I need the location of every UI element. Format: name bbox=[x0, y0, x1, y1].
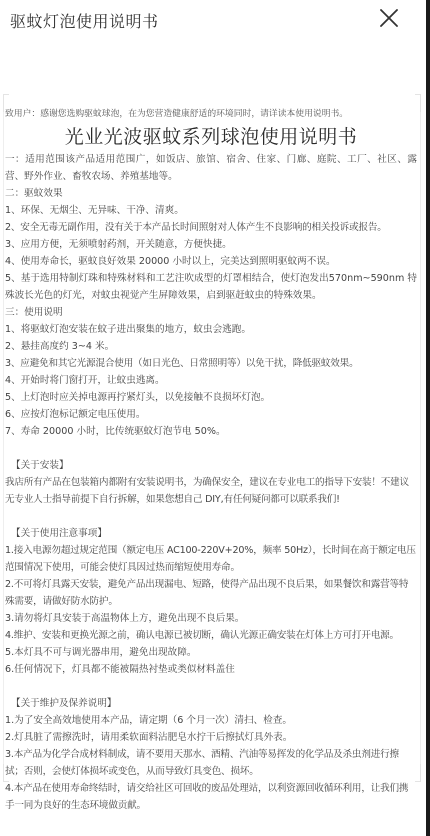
effect-item: 1、环保、无烟尘、无异味、干净、清爽。 bbox=[5, 202, 417, 219]
manual-document: 致用户：感谢您选购驱蚊球泡，在为您营造健康舒适的环境同时，请详读本使用说明书。 … bbox=[3, 100, 421, 776]
usage-item: 7、寿命 20000 小时，比传统驱蚊灯泡节电 50%。 bbox=[5, 423, 417, 440]
intro-text: 致用户：感谢您选购驱蚊球泡，在为您营造健康舒适的环境同时，请详读本使用说明书。 bbox=[5, 106, 417, 122]
note-item: 4.维护、安装和更换光源之前，确认电源已被切断，确认光源正确安装在灯体上方可打开… bbox=[5, 627, 417, 644]
frame-corner bbox=[3, 764, 9, 782]
effect-item: 3、应用方便，无须喷射药剂，开关随意，方便快捷。 bbox=[5, 236, 417, 253]
usage-item: 2、悬挂高度约 3~4 米。 bbox=[5, 338, 417, 355]
usage-heading: 三：使用说明 bbox=[5, 304, 417, 321]
close-button[interactable] bbox=[378, 7, 404, 33]
spacer bbox=[5, 678, 417, 695]
manual-modal: 驱蚊灯泡使用说明书 致用户：感谢您选购驱蚊球泡，在为您营造健康舒适的环境同时，请… bbox=[0, 0, 430, 836]
note-item: 5.本灯具不可与调光器串用，避免出现故障。 bbox=[5, 644, 417, 661]
modal-title: 驱蚊灯泡使用说明书 bbox=[10, 9, 159, 32]
maintenance-item: 4.本产品在使用寿命终结时，请交给社区可回收的废品处理站，以利资源回收循环利用，… bbox=[5, 780, 417, 814]
note-item: 1.接入电源勿超过规定范围（额定电压 AC100-220V+20%，频率 50H… bbox=[5, 542, 417, 576]
spacer bbox=[5, 440, 417, 457]
maintenance-heading: 【关于维护及保养说明】 bbox=[5, 695, 417, 712]
frame-corner bbox=[3, 94, 9, 112]
effect-item: 4、使用寿命长，驱蚊良好效果 20000 小时以上，完美达到照明驱蚊两不误。 bbox=[5, 253, 417, 270]
modal-header: 驱蚊灯泡使用说明书 bbox=[0, 0, 426, 40]
note-item: 2.不可将灯具露天安装，避免产品出现漏电、短路，使得产品出现不良后果，如果餐饮和… bbox=[5, 576, 417, 610]
usage-item: 1、将驱蚊灯泡安装在蚊子进出聚集的地方，蚊虫会逃跑。 bbox=[5, 321, 417, 338]
effects-heading: 二：驱蚊效果 bbox=[5, 185, 417, 202]
scope-text: 一：适用范围该产品适用范围广，如饭店、旅馆、宿舍、住家、门廊、庭院、工厂、社区、… bbox=[5, 151, 417, 185]
close-icon bbox=[378, 7, 400, 29]
effect-item: 5、基于选用特制灯珠和特殊材料和工艺注吹成型的灯罩相结合，使灯泡发出570nm~… bbox=[5, 270, 417, 304]
document-title: 光业光波驱蚊系列球泡使用说明书 bbox=[5, 124, 417, 150]
frame-corner bbox=[415, 764, 421, 782]
scrollbar-edge bbox=[426, 0, 430, 836]
effect-item: 2、安全无毒无副作用，没有关于本产品长时间照射对人体产生不良影响的相关投诉或报告… bbox=[5, 219, 417, 236]
spacer bbox=[5, 508, 417, 525]
note-item: 6.任何情况下，灯具都不能被隔热衬垫或类似材料盖住 bbox=[5, 661, 417, 678]
frame-corner bbox=[415, 94, 421, 112]
usage-item: 4、开始时将门窗打开，让蚊虫逃离。 bbox=[5, 372, 417, 389]
note-item: 3.请勿将灯具安装于高温物体上方，避免出现不良后果。 bbox=[5, 610, 417, 627]
maintenance-item: 2.灯具脏了需擦洗时，请用柔软面料沾肥皂水拧干后擦拭灯具外表。 bbox=[5, 729, 417, 746]
maintenance-item: 3.本产品为化学合成材料制成，请不要用天那水、酒精、汽油等易挥发的化学品及杀虫剂… bbox=[5, 746, 417, 780]
usage-item: 3、应避免和其它光源混合使用（如日光色、日常照明等）以免干扰，降低驱蚊效果。 bbox=[5, 355, 417, 372]
install-text: 我店所有产品在包装箱内都附有安装说明书，为确保安全，建议在专业电工的指导下安装！… bbox=[5, 474, 417, 508]
notes-heading: 【关于使用注意事项】 bbox=[5, 525, 417, 542]
install-heading: 【关于安装】 bbox=[5, 457, 417, 474]
usage-item: 6、应按灯泡标记额定电压使用。 bbox=[5, 406, 417, 423]
maintenance-item: 1.为了安全高效地使用本产品，请定期（6 个月一次）清扫、检查。 bbox=[5, 712, 417, 729]
usage-item: 5、上灯泡时应关掉电源再拧紧灯头，以免接触不良损坏灯泡。 bbox=[5, 389, 417, 406]
